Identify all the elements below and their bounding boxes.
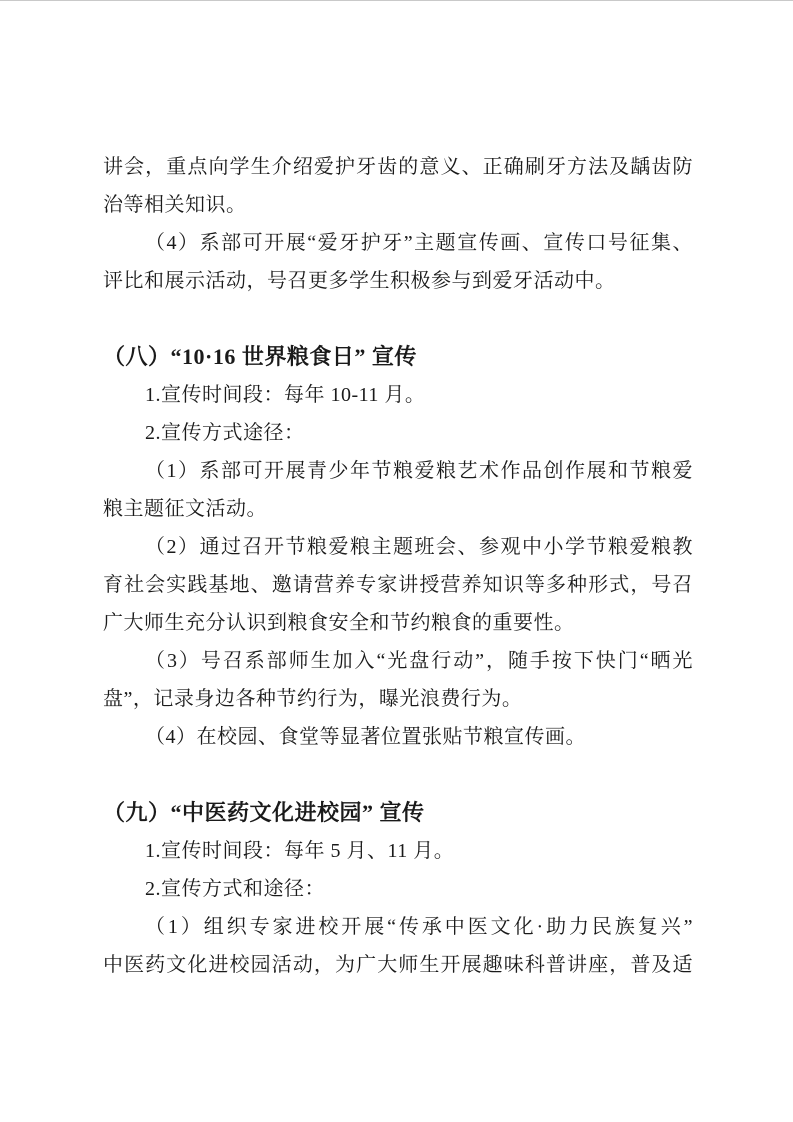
- section-8-item-2: 2.宣传方式途径：: [103, 414, 693, 452]
- page-top-edge: [0, 0, 793, 1]
- para-tooth-item4-line-1: （4）系部可开展“爱牙护牙”主题宣传画、宣传口号征集、: [103, 224, 693, 262]
- section-8-heading: （八）“10·16 世界粮食日” 宣传: [103, 338, 693, 376]
- section-8-para-3-line-2: 盘”，记录身边各种节约行为，曝光浪费行为。: [103, 680, 693, 718]
- blank-line: [103, 300, 693, 338]
- section-8-para-1-line-1: （1）系部可开展青少年节粮爱粮艺术作品创作展和节粮爱: [103, 452, 693, 490]
- section-9-para-1-line-1: （1）组织专家进校开展“传承中医文化·助力民族复兴”: [103, 908, 693, 946]
- section-8-para-2-line-2: 育社会实践基地、邀请营养专家讲授营养知识等多种形式，号召: [103, 566, 693, 604]
- section-8-para-4-line-1: （4）在校园、食堂等显著位置张贴节粮宣传画。: [103, 718, 693, 756]
- document-text: 讲会，重点向学生介绍爱护牙齿的意义、正确刷牙方法及龋齿防 治等相关知识。 （4）…: [103, 148, 693, 984]
- blank-line: [103, 756, 693, 794]
- section-8-para-2-line-3: 广大师生充分认识到粮食安全和节约粮食的重要性。: [103, 604, 693, 642]
- section-8-para-2-line-1: （2）通过召开节粮爱粮主题班会、参观中小学节粮爱粮教: [103, 528, 693, 566]
- para-tooth-item4-line-2: 评比和展示活动，号召更多学生积极参与到爱牙活动中。: [103, 262, 693, 300]
- section-8-item-1: 1.宣传时间段：每年 10-11 月。: [103, 376, 693, 414]
- section-8-para-3-line-1: （3）号召系部师生加入“光盘行动”，随手按下快门“晒光: [103, 642, 693, 680]
- section-9-para-1-line-2: 中医药文化进校园活动，为广大师生开展趣味科普讲座，普及适: [103, 946, 693, 984]
- section-9-heading: （九）“中医药文化进校园” 宣传: [103, 794, 693, 832]
- section-9-item-1: 1.宣传时间段：每年 5 月、11 月。: [103, 832, 693, 870]
- section-8-para-1-line-2: 粮主题征文活动。: [103, 490, 693, 528]
- section-9-item-2: 2.宣传方式和途径：: [103, 870, 693, 908]
- para-tooth-continuation-line-1: 讲会，重点向学生介绍爱护牙齿的意义、正确刷牙方法及龋齿防: [103, 148, 693, 186]
- para-tooth-continuation-line-2: 治等相关知识。: [103, 186, 693, 224]
- document-page: 讲会，重点向学生介绍爱护牙齿的意义、正确刷牙方法及龋齿防 治等相关知识。 （4）…: [0, 0, 793, 1122]
